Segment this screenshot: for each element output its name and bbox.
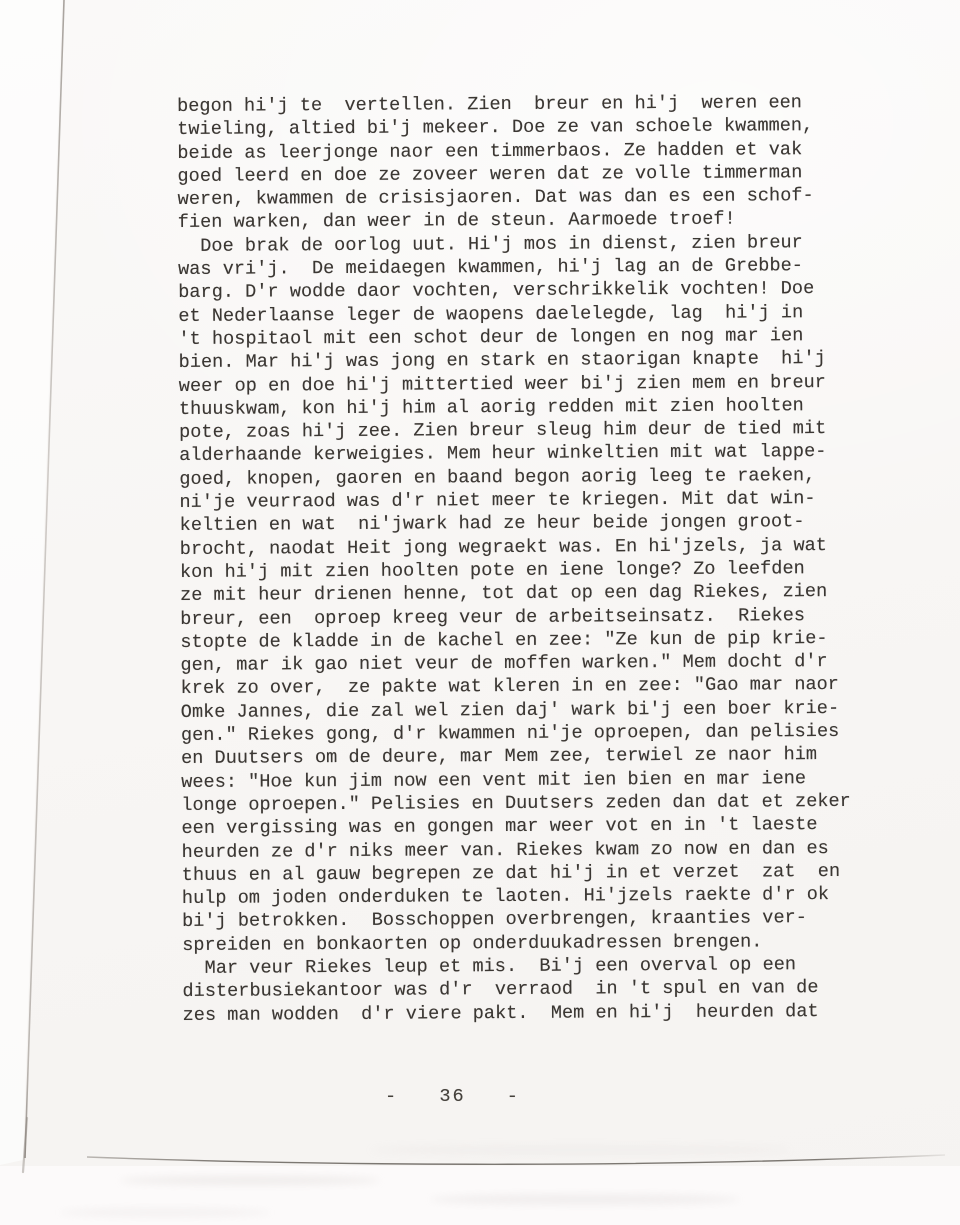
text-line: zes man wodden d'r viere pakt. Mem en hi… [183,999,878,1027]
text-line: een vergissing was en gongen mar weer vo… [181,813,876,841]
book-page: begon hi'j te vertellen. Zien breur en h… [0,0,960,1225]
scan-shadow-smudge [120,1176,380,1185]
scanner-background-left [0,0,70,1225]
text-line: weren, kwammen de crisisjaoren. Dat was … [178,184,873,212]
scan-shadow-smudge [60,1208,270,1217]
text-line: bi'j betrokken. Bosschoppen overbrengen,… [182,906,877,934]
scan-shadow-smudge [430,1194,740,1205]
page-number: - 36 - [385,1086,520,1107]
scan-shadow-smudge [370,1146,790,1154]
scanned-document-screenshot: { "page": { "page_number": "- 36 -", "li… [0,0,960,1225]
page-bottom-edge-line [87,1155,945,1164]
text-column: begon hi'j te vertellen. Zien breur en h… [177,91,878,1027]
